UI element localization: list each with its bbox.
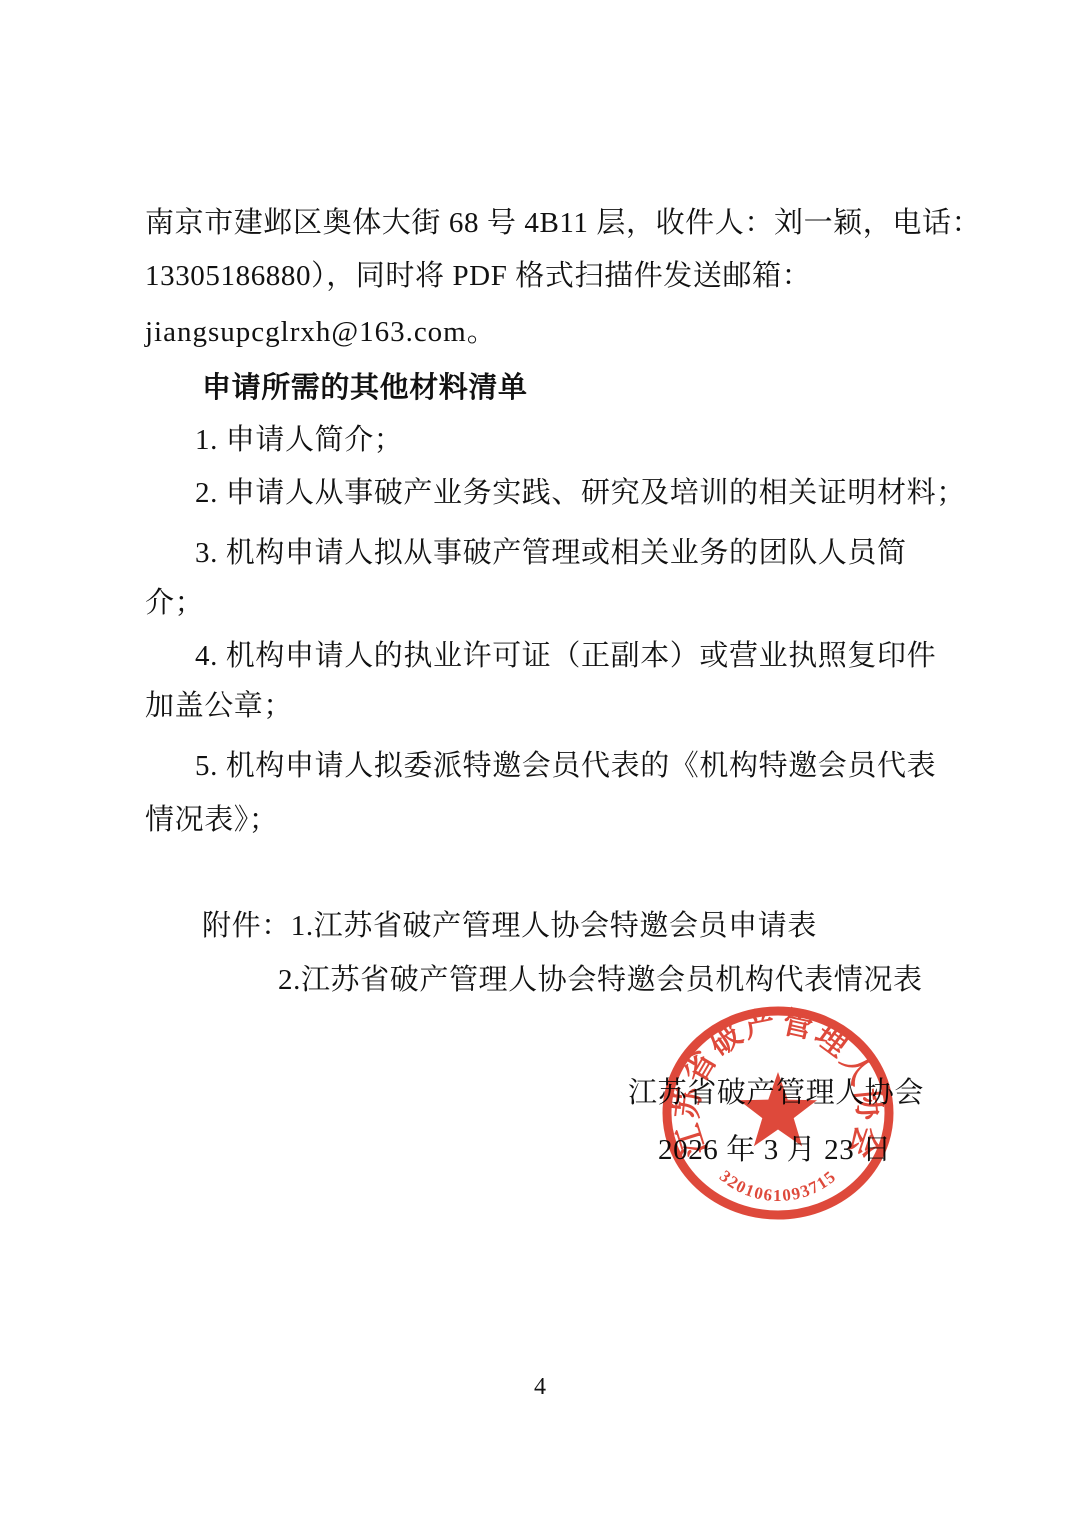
seal-star: [739, 1072, 817, 1146]
email-line: jiangsupcglrxh@163.com。: [145, 314, 497, 350]
list-item-5: 5. 机构申请人拟委派特邀会员代表的《机构特邀会员代表: [195, 748, 936, 784]
list-item-5-continuation: 情况表》；: [145, 802, 279, 838]
address-line: 南京市建邺区奥体大街 68 号 4B11 层，收件人：刘一颖，电话：: [145, 205, 981, 241]
materials-list-heading: 申请所需的其他材料清单: [202, 370, 528, 406]
list-item-3-continuation: 介；: [145, 585, 204, 621]
list-item-4-continuation: 加盖公章；: [145, 688, 293, 724]
document-page: 南京市建邺区奥体大街 68 号 4B11 层，收件人：刘一颖，电话： 13305…: [0, 0, 1080, 1528]
page-number: 4: [0, 1372, 1080, 1402]
phone-email-intro-line: 13305186880），同时将 PDF 格式扫描件发送邮箱：: [145, 258, 811, 294]
list-item-2: 2. 申请人从事破产业务实践、研究及培训的相关证明材料；: [195, 475, 966, 511]
attachments-line-1: 附件：1.江苏省破产管理人协会特邀会员申请表: [202, 908, 817, 944]
list-item-3: 3. 机构申请人拟从事破产管理或相关业务的团队人员简: [195, 535, 907, 571]
list-item-1: 1. 申请人简介；: [195, 422, 403, 458]
official-seal: 江苏省破产管理人协会 3201061093715: [656, 990, 900, 1236]
svg-text:3201061093715: 3201061093715: [716, 1166, 840, 1205]
list-item-4: 4. 机构申请人的执业许可证（正副本）或营业执照复印件: [195, 638, 936, 674]
seal-serial-number: 3201061093715: [716, 1166, 840, 1205]
